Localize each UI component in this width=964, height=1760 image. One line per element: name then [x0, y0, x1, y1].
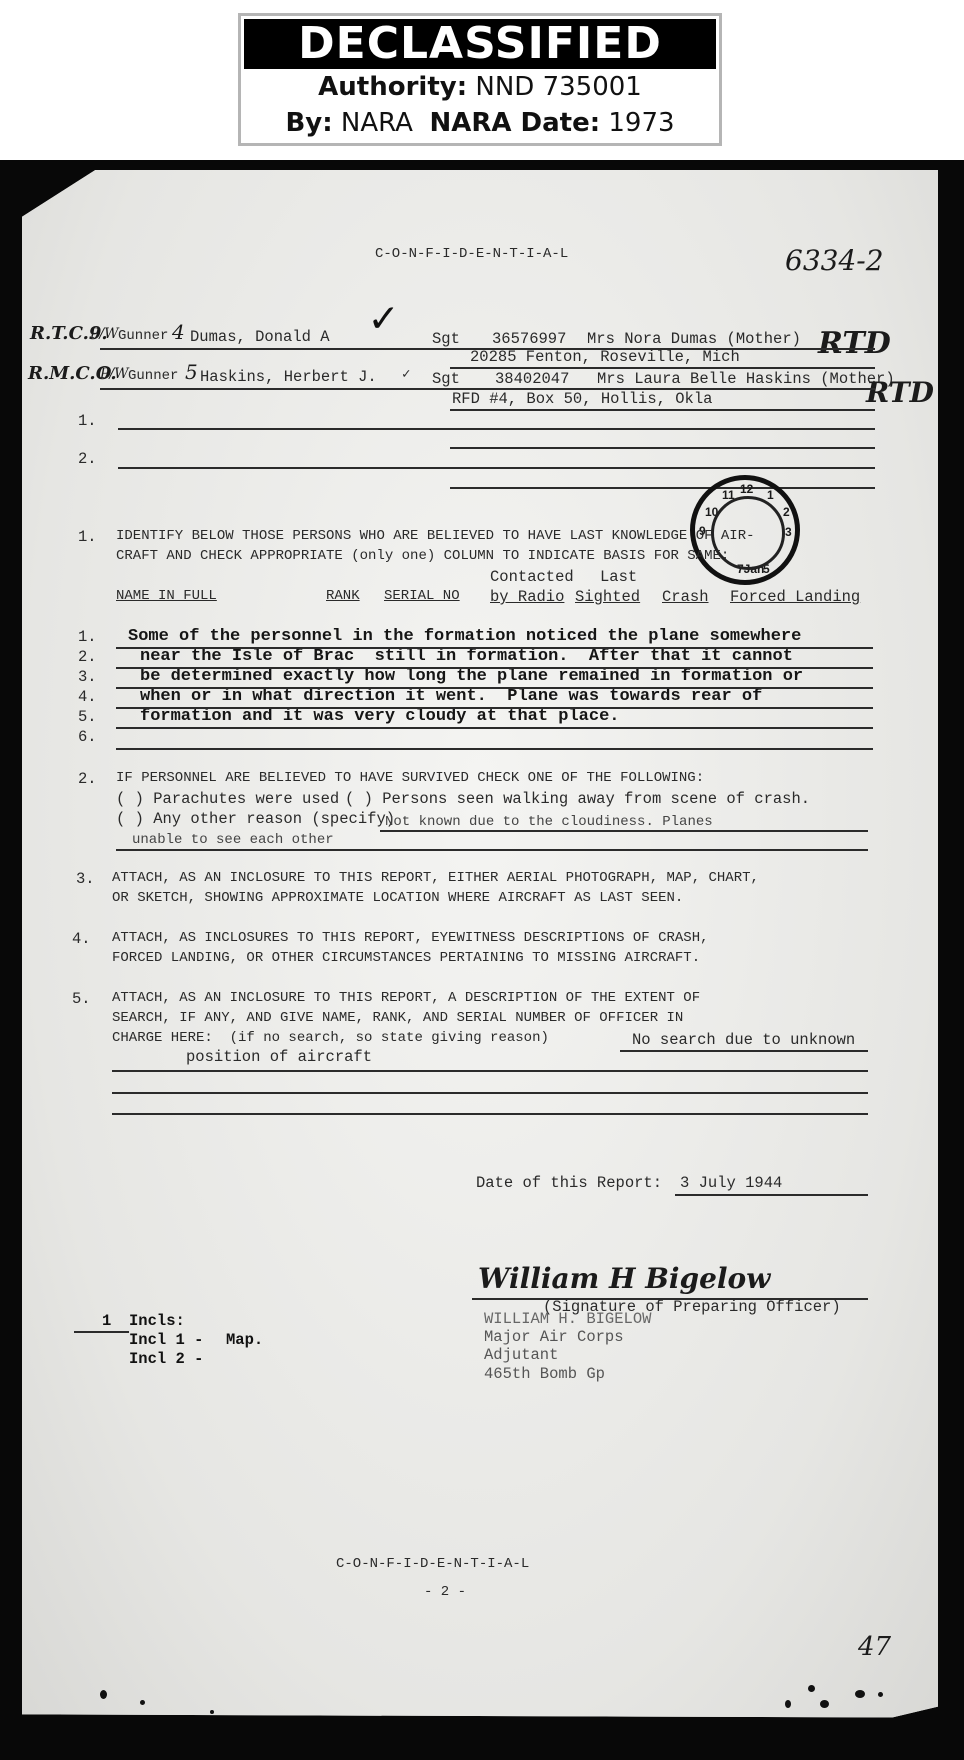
- crew-status: P/W: [90, 326, 119, 342]
- section-number: 5.: [72, 990, 91, 1008]
- narrative-line: formation and it was very cloudy at that…: [140, 707, 619, 726]
- crew-name: Haskins, Herbert J.: [200, 368, 377, 386]
- by-value: NARA: [341, 108, 413, 138]
- inclosure-item-value: Map.: [226, 1331, 263, 1349]
- rule: [112, 1113, 868, 1115]
- report-date-label: Date of this Report:: [476, 1174, 662, 1192]
- section-number: 4.: [72, 930, 91, 948]
- file-number: 6334-2: [785, 244, 884, 277]
- search-answer: position of aircraft: [186, 1048, 372, 1066]
- scan-speck: [785, 1700, 791, 1708]
- option-parachutes: ( ) Parachutes were used: [116, 790, 339, 808]
- crew-next-of-kin: Mrs Nora Dumas (Mother): [587, 330, 801, 348]
- page-number: - 2 -: [424, 1584, 466, 1600]
- section4-text: ATTACH, AS INCLOSURES TO THIS REPORT, EY…: [112, 930, 709, 946]
- inclosure-count: 1: [102, 1312, 111, 1330]
- line-number: 6.: [78, 728, 97, 746]
- section5-text: ATTACH, AS AN INCLOSURE TO THIS REPORT, …: [112, 990, 700, 1006]
- inclosures-label: Incls:: [129, 1312, 185, 1330]
- section5-text: SEARCH, IF ANY, AND GIVE NAME, RANK, AND…: [112, 1010, 683, 1026]
- handwritten-signature: William H Bigelow: [478, 1262, 770, 1295]
- nara-date-label: NARA Date:: [429, 108, 600, 138]
- line-number: 3.: [78, 668, 97, 686]
- scan-speck: [140, 1700, 145, 1705]
- crew-rank: Sgt: [432, 370, 460, 388]
- crew-position: Gunner: [118, 328, 168, 344]
- option-walking: ( ) Persons seen walking away from scene…: [345, 790, 810, 808]
- scan-speck: [808, 1685, 815, 1692]
- rule: [450, 367, 875, 369]
- crew-status: P/W: [100, 366, 129, 382]
- section-number: 3.: [76, 870, 95, 888]
- column-header: Forced Landing: [730, 588, 860, 606]
- rule: [116, 707, 873, 709]
- section-number: 2.: [78, 770, 97, 788]
- section5-text: CHARGE HERE: (if no search, so state giv…: [112, 1030, 549, 1046]
- by-label: By:: [285, 108, 332, 138]
- authority-label: Authority:: [318, 72, 467, 102]
- column-header-top: Contacted: [490, 568, 574, 586]
- rule: [620, 1050, 868, 1052]
- rule: [450, 487, 875, 489]
- crew-serial: 38402047: [495, 370, 569, 388]
- crew-name: Dumas, Donald A: [190, 328, 330, 346]
- row-number: 1.: [78, 412, 97, 430]
- crew-next-of-kin: Mrs Laura Belle Haskins (Mother): [597, 370, 895, 388]
- scan-speck: [100, 1690, 107, 1699]
- declassified-stamp: DECLASSIFIED Authority: NND 735001 By: N…: [238, 13, 722, 146]
- narrative-line: be determined exactly how long the plane…: [140, 667, 803, 686]
- inclosure-item-label: Incl 2 -: [129, 1350, 203, 1368]
- crew-position-number: 4: [172, 320, 185, 344]
- crew-rank: Sgt: [432, 330, 460, 348]
- rule: [116, 647, 873, 649]
- column-header: by Radio: [490, 588, 564, 606]
- check-mark-icon: ✓: [370, 292, 397, 346]
- rule: [112, 1092, 868, 1094]
- report-date-value: 3 July 1944: [680, 1174, 782, 1192]
- section4-text: FORCED LANDING, OR OTHER CIRCUMSTANCES P…: [112, 950, 700, 966]
- narrative-line: Some of the personnel in the formation n…: [128, 627, 801, 646]
- rule: [116, 748, 873, 750]
- classification-header: C-O-N-F-I-D-E-N-T-I-A-L: [375, 246, 568, 262]
- crew-address: 20285 Fenton, Roseville, Mich: [470, 348, 740, 366]
- narrative-line: when or in what direction it went. Plane…: [140, 687, 762, 706]
- rule: [116, 687, 873, 689]
- rule: [116, 727, 873, 729]
- column-header: Sighted: [575, 588, 640, 606]
- authority-value: NND 735001: [475, 72, 641, 102]
- authority-line: Authority: NND 735001: [241, 69, 719, 105]
- rule: [116, 667, 873, 669]
- nara-line: By: NARA NARA Date: 1973: [241, 105, 719, 141]
- section2-heading: IF PERSONNEL ARE BELIEVED TO HAVE SURVIV…: [116, 770, 704, 786]
- signer-title: Adjutant: [484, 1346, 558, 1364]
- other-reason-answer: Not known due to the cloudiness. Planes: [385, 814, 713, 830]
- option-other: ( ) Any other reason (specify): [116, 810, 395, 828]
- signer-name: WILLIAM H. BIGELOW: [484, 1310, 651, 1328]
- crew-serial: 36576997: [492, 330, 566, 348]
- section1-text: CRAFT AND CHECK APPROPRIATE (only one) C…: [116, 548, 729, 564]
- search-answer: No search due to unknown: [632, 1031, 855, 1049]
- scan-speck: [855, 1690, 865, 1698]
- crew-stamp-mark: RTD: [818, 326, 891, 361]
- rule: [118, 467, 875, 469]
- scan-speck: [210, 1710, 214, 1714]
- other-reason-answer: unable to see each other: [132, 832, 334, 848]
- rule: [74, 1331, 129, 1333]
- signer-rank: Major Air Corps: [484, 1328, 624, 1346]
- line-number: 5.: [78, 708, 97, 726]
- column-header: SERIAL NO: [384, 588, 460, 604]
- section-number: 1.: [78, 528, 97, 546]
- column-header: Crash: [662, 588, 709, 606]
- declassified-title: DECLASSIFIED: [244, 19, 716, 69]
- rule: [100, 348, 875, 350]
- section1-text: IDENTIFY BELOW THOSE PERSONS WHO ARE BEL…: [116, 528, 755, 544]
- column-header: NAME IN FULL: [116, 588, 217, 604]
- rule: [112, 1070, 868, 1072]
- signer-unit: 465th Bomb Gp: [484, 1365, 605, 1383]
- section3-text: ATTACH, AS AN INCLOSURE TO THIS REPORT, …: [112, 870, 759, 886]
- section3-text: OR SKETCH, SHOWING APPROXIMATE LOCATION …: [112, 890, 683, 906]
- line-number: 4.: [78, 688, 97, 706]
- scan-speck: [878, 1692, 883, 1697]
- rule: [380, 830, 868, 832]
- archive-number: 47: [858, 1632, 891, 1662]
- inclosure-item-label: Incl 1 -: [129, 1331, 203, 1349]
- rule: [100, 388, 875, 390]
- column-header-top: Last: [600, 568, 637, 586]
- rule: [118, 428, 875, 430]
- crew-position-number: 5: [185, 360, 198, 384]
- crew-address: RFD #4, Box 50, Hollis, Okla: [452, 390, 712, 408]
- classification-footer: C-O-N-F-I-D-E-N-T-I-A-L: [336, 1556, 529, 1572]
- column-header: RANK: [326, 588, 360, 604]
- line-number: 1.: [78, 628, 97, 646]
- narrative-line: near the Isle of Brac still in formation…: [140, 647, 793, 666]
- rule: [675, 1194, 868, 1196]
- line-number: 2.: [78, 648, 97, 666]
- row-number: 2.: [78, 450, 97, 468]
- rule: [450, 447, 875, 449]
- scan-speck: [820, 1700, 829, 1708]
- check-mark-icon: ✓: [402, 366, 410, 383]
- nara-date-value: 1973: [608, 108, 674, 138]
- crew-stamp-mark: RTD: [866, 376, 934, 409]
- crew-position: Gunner: [128, 368, 178, 384]
- rule: [116, 849, 868, 851]
- rule: [450, 409, 875, 411]
